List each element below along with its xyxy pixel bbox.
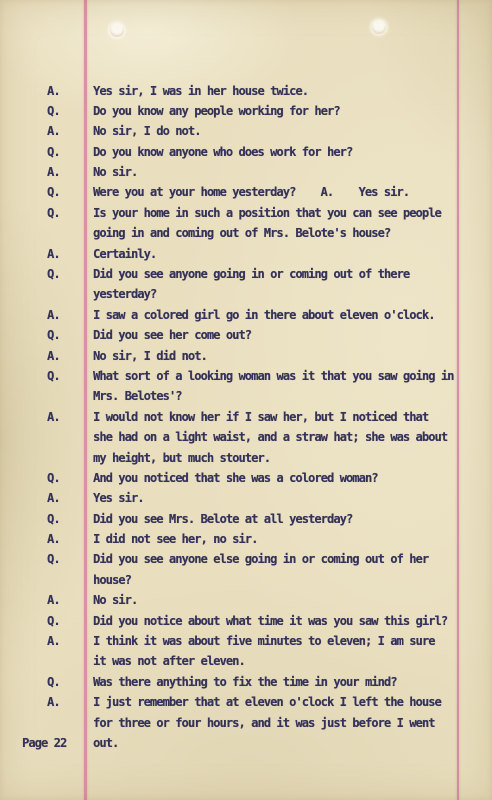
transcript-text: she had on a light waist, and a straw ha…: [93, 427, 447, 447]
transcript-text: my height, but much stouter.: [93, 448, 270, 468]
transcript-text: No sir, I did not.: [93, 346, 207, 366]
transcript-text: What sort of a looking woman was it that…: [93, 366, 454, 386]
transcript-row: A.No sir.: [0, 162, 492, 182]
speaker-label: Q.: [47, 366, 60, 386]
transcript-row: Q.What sort of a looking woman was it th…: [0, 366, 492, 386]
page-number: Page 22: [22, 733, 66, 753]
transcript-text: Do you know any people working for her?: [93, 101, 340, 121]
speaker-label: A.: [47, 81, 60, 101]
transcript-row: house?: [0, 570, 492, 590]
transcript-row: Q.Did you see her come out?: [0, 325, 492, 345]
speaker-label: Q.: [47, 672, 60, 692]
transcript-row: A.Yes sir.: [0, 488, 492, 508]
transcript-text: Did you notice about what time it was yo…: [93, 611, 447, 631]
transcript-row: she had on a light waist, and a straw ha…: [0, 427, 492, 447]
transcript-body: A.Yes sir, I was in her house twice.Q.Do…: [0, 81, 492, 754]
transcript-text: No sir.: [93, 590, 137, 610]
transcript-row: Q.Were you at your home yesterday?A.Yes …: [0, 182, 492, 202]
speaker-label: Q.: [47, 142, 60, 162]
inline-speaker-label: A.: [321, 182, 334, 202]
speaker-label: Q.: [47, 611, 60, 631]
transcript-text: going in and coming out of Mrs. Belote's…: [93, 223, 390, 243]
speaker-label: A.: [47, 590, 60, 610]
transcript-text: for three or four hours, and it was just…: [93, 713, 435, 733]
transcript-text: Mrs. Belotes'?: [93, 386, 182, 406]
inline-answer-text: Yes sir.: [359, 182, 410, 202]
transcript-text: out.: [93, 733, 118, 753]
speaker-label: A.: [47, 121, 60, 141]
transcript-row: A.No sir, I did not.: [0, 346, 492, 366]
transcript-row: A.No sir.: [0, 590, 492, 610]
transcript-text: Do you know anyone who does work for her…: [93, 142, 352, 162]
scanned-transcript-page: A.Yes sir, I was in her house twice.Q.Do…: [0, 0, 492, 800]
transcript-row: Q.Did you see anyone going in or coming …: [0, 264, 492, 284]
transcript-text: Yes sir, I was in her house twice.: [93, 81, 308, 101]
transcript-row: A.I think it was about five minutes to e…: [0, 631, 492, 651]
transcript-row: it was not after eleven.: [0, 651, 492, 671]
speaker-label: A.: [47, 305, 60, 325]
speaker-label: Q.: [47, 264, 60, 284]
speaker-label: Q.: [47, 325, 60, 345]
transcript-text: Did you see Mrs. Belote at all yesterday…: [93, 509, 352, 529]
transcript-row: A.I would not know her if I saw her, but…: [0, 407, 492, 427]
transcript-text: And you noticed that she was a colored w…: [93, 468, 378, 488]
transcript-row: Q.Is your home in such a position that y…: [0, 203, 492, 223]
speaker-label: A.: [47, 529, 60, 549]
transcript-row: for three or four hours, and it was just…: [0, 713, 492, 733]
transcript-row: my height, but much stouter.: [0, 448, 492, 468]
transcript-row: Q.Did you see anyone else going in or co…: [0, 549, 492, 569]
transcript-row: Q.Do you know any people working for her…: [0, 101, 492, 121]
transcript-text: yesterday?: [93, 284, 156, 304]
speaker-label: Q.: [47, 182, 60, 202]
transcript-text: Did you see anyone else going in or comi…: [93, 549, 428, 569]
transcript-row: A.I just remember that at eleven o'clock…: [0, 692, 492, 712]
transcript-row: out.: [0, 733, 492, 753]
transcript-row: A.I saw a colored girl go in there about…: [0, 305, 492, 325]
speaker-label: Q.: [47, 203, 60, 223]
speaker-label: Q.: [47, 468, 60, 488]
transcript-text: Did you see her come out?: [93, 325, 251, 345]
punch-hole-left: [110, 23, 124, 37]
transcript-text: Yes sir.: [93, 488, 144, 508]
transcript-row: Q.And you noticed that she was a colored…: [0, 468, 492, 488]
punch-hole-right: [372, 20, 386, 34]
speaker-label: A.: [47, 692, 60, 712]
transcript-row: yesterday?: [0, 284, 492, 304]
transcript-row: A.No sir, I do not.: [0, 121, 492, 141]
speaker-label: A.: [47, 346, 60, 366]
speaker-label: A.: [47, 162, 60, 182]
transcript-text: No sir, I do not.: [93, 121, 201, 141]
transcript-text: Certainly.: [93, 244, 156, 264]
transcript-row: Mrs. Belotes'?: [0, 386, 492, 406]
speaker-label: A.: [47, 488, 60, 508]
speaker-label: Q.: [47, 101, 60, 121]
transcript-text: Was there anything to fix the time in yo…: [93, 672, 397, 692]
transcript-text: I did not see her, no sir.: [93, 529, 257, 549]
transcript-text: No sir.: [93, 162, 137, 182]
transcript-text: I just remember that at eleven o'clock I…: [93, 692, 441, 712]
transcript-text: Is your home in such a position that you…: [93, 203, 441, 223]
transcript-row: Q.Did you see Mrs. Belote at all yesterd…: [0, 509, 492, 529]
transcript-row: Q.Do you know anyone who does work for h…: [0, 142, 492, 162]
transcript-row: A.I did not see her, no sir.: [0, 529, 492, 549]
speaker-label: Q.: [47, 549, 60, 569]
speaker-label: A.: [47, 631, 60, 651]
transcript-row: A.Yes sir, I was in her house twice.: [0, 81, 492, 101]
transcript-row: Q.Did you notice about what time it was …: [0, 611, 492, 631]
speaker-label: A.: [47, 244, 60, 264]
transcript-text: Were you at your home yesterday?: [93, 182, 295, 202]
speaker-label: Q.: [47, 509, 60, 529]
transcript-text: I think it was about five minutes to ele…: [93, 631, 435, 651]
transcript-row: A.Certainly.: [0, 244, 492, 264]
transcript-text: it was not after eleven.: [93, 651, 245, 671]
transcript-text: I would not know her if I saw her, but I…: [93, 407, 428, 427]
transcript-text: house?: [93, 570, 131, 590]
speaker-label: A.: [47, 407, 60, 427]
transcript-text: I saw a colored girl go in there about e…: [93, 305, 435, 325]
transcript-text: Did you see anyone going in or coming ou…: [93, 264, 409, 284]
transcript-row: Q.Was there anything to fix the time in …: [0, 672, 492, 692]
transcript-row: going in and coming out of Mrs. Belote's…: [0, 223, 492, 243]
